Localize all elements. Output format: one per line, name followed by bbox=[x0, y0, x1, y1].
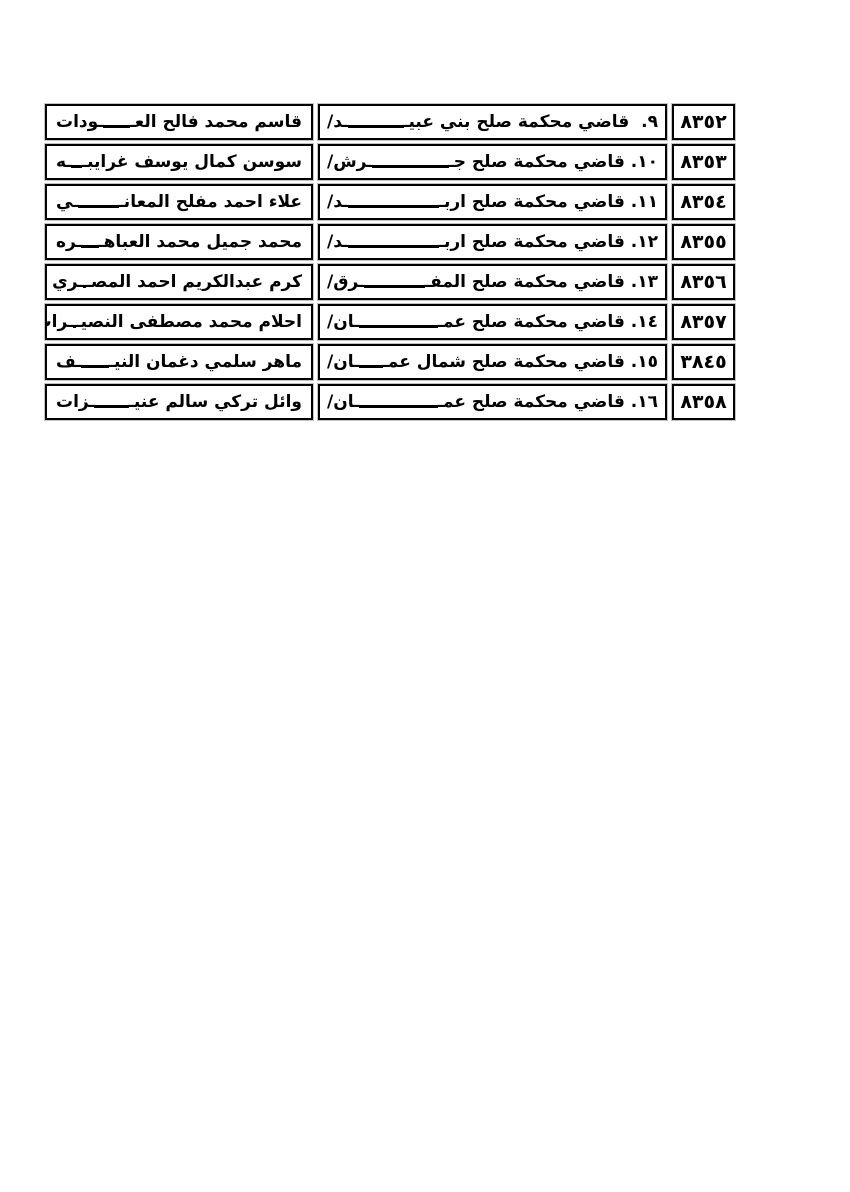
name-text-start: علاء احمد مفلح المعانـ bbox=[118, 186, 302, 218]
kashida-stretch bbox=[78, 205, 119, 208]
name-text-start: محمد جميل محمد العباهـ bbox=[98, 226, 302, 258]
position-cell: ١٠. قاضي محكمة صلح جـ ـرش/ bbox=[318, 144, 667, 180]
name-text-start: وائل تركي سالم عنيـ bbox=[128, 386, 302, 418]
name-cell: ماهر سلمي دغمان النيـ ـف bbox=[45, 344, 313, 380]
name-cell: سوسن كمال يوسف غرايبـ ـه bbox=[45, 144, 313, 180]
kashida-stretch bbox=[359, 325, 438, 328]
name-text-end: ـزات bbox=[56, 386, 95, 418]
name-text-end: ـره bbox=[56, 226, 82, 258]
name-text-end: ـي bbox=[56, 186, 79, 218]
position-text-end: ـد/ bbox=[327, 106, 349, 138]
name-cell: وائل تركي سالم عنيـ ـزات bbox=[45, 384, 313, 420]
name-text-end: ـه bbox=[56, 146, 72, 178]
kashida-stretch bbox=[81, 365, 109, 368]
serial-cell: ٨٣٥٥ bbox=[672, 224, 735, 260]
kashida-stretch bbox=[103, 125, 130, 128]
kashida-stretch bbox=[364, 285, 426, 288]
position-text-start: ١٢. قاضي محكمة صلح اربـ bbox=[438, 226, 658, 258]
kashida-stretch bbox=[359, 405, 438, 408]
kashida-stretch bbox=[81, 245, 98, 248]
position-text-end: ـرق/ bbox=[327, 266, 365, 298]
position-text-end: ـان/ bbox=[327, 386, 360, 418]
position-text-start: ١٣. قاضي محكمة صلح المفـ bbox=[424, 266, 658, 298]
serial-cell: ٨٣٥٧ bbox=[672, 304, 735, 340]
position-cell: ٩. قاضي محكمة صلح بني عبيـ ـد/ bbox=[318, 104, 667, 140]
position-cell: ١٣. قاضي محكمة صلح المفـ ـرق/ bbox=[318, 264, 667, 300]
name-text-end: ـودات bbox=[56, 106, 104, 138]
kashida-stretch bbox=[71, 165, 82, 168]
document-page: ٨٣٥٢ ٩. قاضي محكمة صلح بني عبيـ ـد/ قاسم… bbox=[0, 0, 850, 1192]
position-cell: ١٢. قاضي محكمة صلح اربـ ـد/ bbox=[318, 224, 667, 260]
serial-cell: ٨٣٥٣ bbox=[672, 144, 735, 180]
position-text-start: ١٠. قاضي محكمة صلح جـ bbox=[448, 146, 658, 178]
position-cell: ١٤. قاضي محكمة صلح عمـ ـان/ bbox=[318, 304, 667, 340]
table-row: ٨٣٥٣ ١٠. قاضي محكمة صلح جـ ـرش/ سوسن كما… bbox=[45, 144, 735, 180]
table-row: ٨٣٥٤ ١١. قاضي محكمة صلح اربـ ـد/ علاء اح… bbox=[45, 184, 735, 220]
table-row: ٨٣٥٥ ١٢. قاضي محكمة صلح اربـ ـد/ محمد جم… bbox=[45, 224, 735, 260]
name-cell: محمد جميل محمد العباهـ ـره bbox=[45, 224, 313, 260]
name-cell: علاء احمد مفلح المعانـ ـي bbox=[45, 184, 313, 220]
name-text-start: ماهر سلمي دغمان النيـ bbox=[108, 346, 302, 378]
name-text-start: قاسم محمد فالح العـ bbox=[129, 106, 302, 138]
kashida-stretch bbox=[359, 365, 383, 368]
position-text-start: ١٥. قاضي محكمة صلح شمال عمـ bbox=[382, 346, 658, 378]
position-text-start: ١١. قاضي محكمة صلح اربـ bbox=[438, 186, 658, 218]
position-text-start: ٩. قاضي محكمة صلح بني عبيـ bbox=[403, 106, 658, 138]
table-row: ٣٨٤٥ ١٥. قاضي محكمة صلح شمال عمـ ـان/ ما… bbox=[45, 344, 735, 380]
kashida-stretch bbox=[348, 205, 439, 208]
serial-cell: ٨٣٥٨ bbox=[672, 384, 735, 420]
serial-cell: ٨٣٥٤ bbox=[672, 184, 735, 220]
name-text-end: ـرات bbox=[45, 306, 74, 338]
position-cell: ١٥. قاضي محكمة صلح شمال عمـ ـان/ bbox=[318, 344, 667, 380]
table-row: ٨٣٥٢ ٩. قاضي محكمة صلح بني عبيـ ـد/ قاسم… bbox=[45, 104, 735, 140]
position-text-end: ـد/ bbox=[327, 186, 349, 218]
position-cell: ١٦. قاضي محكمة صلح عمـ ـان/ bbox=[318, 384, 667, 420]
kashida-stretch bbox=[372, 165, 449, 168]
judges-table: ٨٣٥٢ ٩. قاضي محكمة صلح بني عبيـ ـد/ قاسم… bbox=[45, 104, 735, 424]
serial-cell: ٣٨٤٥ bbox=[672, 344, 735, 380]
name-text-start: سوسن كمال يوسف غرايبـ bbox=[81, 146, 302, 178]
serial-cell: ٨٣٥٦ bbox=[672, 264, 735, 300]
kashida-stretch bbox=[348, 245, 439, 248]
position-text-end: ـان/ bbox=[327, 346, 360, 378]
name-cell: قاسم محمد فالح العـ ـودات bbox=[45, 104, 313, 140]
serial-cell: ٨٣٥٢ bbox=[672, 104, 735, 140]
name-cell: كرم عبدالكريم احمد المصـ ـري bbox=[45, 264, 313, 300]
position-text-start: ١٤. قاضي محكمة صلح عمـ bbox=[437, 306, 658, 338]
position-text-start: ١٦. قاضي محكمة صلح عمـ bbox=[437, 386, 658, 418]
position-cell: ١١. قاضي محكمة صلح اربـ ـد/ bbox=[318, 184, 667, 220]
position-text-end: ـرش/ bbox=[327, 146, 373, 178]
name-text-end: ـف bbox=[56, 346, 82, 378]
name-text-start: احلام محمد مصطفى النصيـ bbox=[75, 306, 302, 338]
kashida-stretch bbox=[348, 125, 404, 128]
position-text-end: ـد/ bbox=[327, 226, 349, 258]
kashida-stretch bbox=[94, 405, 129, 408]
table-row: ٨٣٥٧ ١٤. قاضي محكمة صلح عمـ ـان/ احلام م… bbox=[45, 304, 735, 340]
name-text-start: كرم عبدالكريم احمد المصـ bbox=[85, 266, 302, 298]
name-text-end: ـري bbox=[52, 266, 84, 298]
name-cell: احلام محمد مصطفى النصيـ ـرات bbox=[45, 304, 313, 340]
table-row: ٨٣٥٨ ١٦. قاضي محكمة صلح عمـ ـان/ وائل تر… bbox=[45, 384, 735, 420]
position-text-end: ـان/ bbox=[327, 306, 360, 338]
table-row: ٨٣٥٦ ١٣. قاضي محكمة صلح المفـ ـرق/ كرم ع… bbox=[45, 264, 735, 300]
